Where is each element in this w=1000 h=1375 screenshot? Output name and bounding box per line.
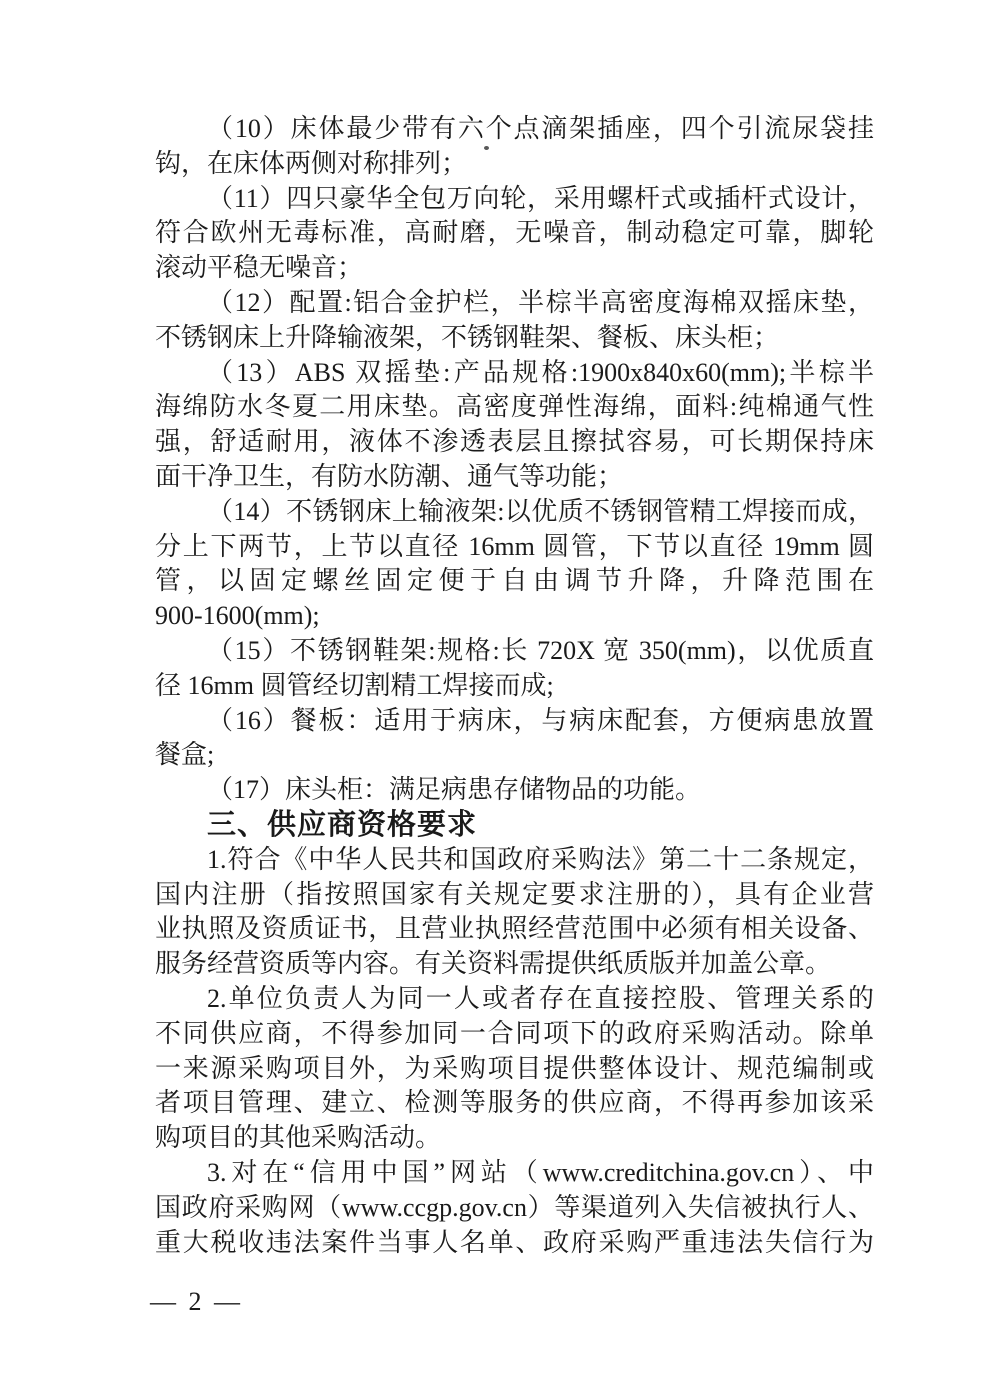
text-line: （13）ABS 双摇垫:产品规格:1900x840x60(mm);半棕半 <box>155 356 874 391</box>
section-heading: 三、供应商资格要求 <box>155 808 874 843</box>
text-line: 者项目管理、建立、检测等服务的供应商，不得再参加该采 <box>155 1086 874 1121</box>
text-line: 1.符合《中华人民共和国政府采购法》第二十二条规定， <box>155 843 874 878</box>
scan-artifact-dot <box>484 146 489 150</box>
text-line: 管，以固定螺丝固定便于自由调节升降，升降范围在 <box>155 564 874 599</box>
text-line: （11）四只豪华全包万向轮，采用螺杆式或插杆式设计， <box>155 182 874 217</box>
text-line: 滚动平稳无噪音； <box>155 251 874 286</box>
text-line: （16）餐板：适用于病床，与病床配套，方便病患放置 <box>155 704 874 739</box>
text-line: （14）不锈钢床上输液架:以优质不锈钢管精工焊接而成， <box>155 495 874 530</box>
body-text: （10）床体最少带有六个点滴架插座，四个引流尿袋挂钩，在床体两侧对称排列；（11… <box>155 112 874 1260</box>
text-line: 符合欧州无毒标准，高耐磨，无噪音，制动稳定可靠，脚轮 <box>155 216 874 251</box>
text-line: 面干净卫生，有防水防潮、通气等功能； <box>155 460 874 495</box>
text-line: 国内注册（指按照国家有关规定要求注册的），具有企业营 <box>155 878 874 913</box>
text-line: 一来源采购项目外，为采购项目提供整体设计、规范编制或 <box>155 1052 874 1087</box>
text-line: （17）床头柜：满足病患存储物品的功能。 <box>155 773 874 808</box>
text-line: 海绵防水冬夏二用床垫。高密度弹性海绵，面料:纯棉通气性 <box>155 390 874 425</box>
text-line: 服务经营资质等内容。有关资料需提供纸质版并加盖公章。 <box>155 947 874 982</box>
text-line: 径 16mm 圆管经切割精工焊接而成; <box>155 669 874 704</box>
text-line: 钩，在床体两侧对称排列； <box>155 147 874 182</box>
text-line: （10）床体最少带有六个点滴架插座，四个引流尿袋挂 <box>155 112 874 147</box>
text-line: 国政府采购网（www.ccgp.gov.cn）等渠道列入失信被执行人、 <box>155 1191 874 1226</box>
text-line: 业执照及资质证书，且营业执照经营范围中必须有相关设备、 <box>155 912 874 947</box>
text-line: 2.单位负责人为同一人或者存在直接控股、管理关系的 <box>155 982 874 1017</box>
document-page: （10）床体最少带有六个点滴架插座，四个引流尿袋挂钩，在床体两侧对称排列；（11… <box>0 0 1000 1375</box>
text-line: 不同供应商，不得参加同一合同项下的政府采购活动。除单 <box>155 1017 874 1052</box>
text-line: 购项目的其他采购活动。 <box>155 1121 874 1156</box>
text-line: 强，舒适耐用，液体不渗透表层且擦拭容易，可长期保持床 <box>155 425 874 460</box>
text-line: （15）不锈钢鞋架:规格:长 720X 宽 350(mm)，以优质直 <box>155 634 874 669</box>
text-line: （12）配置:铝合金护栏，半棕半高密度海棉双摇床垫， <box>155 286 874 321</box>
page-number: — 2 — <box>150 1286 243 1318</box>
text-line: 重大税收违法案件当事人名单、政府采购严重违法失信行为 <box>155 1226 874 1261</box>
text-line: 餐盒; <box>155 738 874 773</box>
text-line: 900-1600(mm); <box>155 599 874 634</box>
text-line: 分上下两节，上节以直径 16mm 圆管，下节以直径 19mm 圆 <box>155 530 874 565</box>
text-line: 3.对在“信用中国”网站（www.creditchina.gov.cn）、中 <box>155 1156 874 1191</box>
text-line: 不锈钢床上升降输液架，不锈钢鞋架、餐板、床头柜； <box>155 321 874 356</box>
